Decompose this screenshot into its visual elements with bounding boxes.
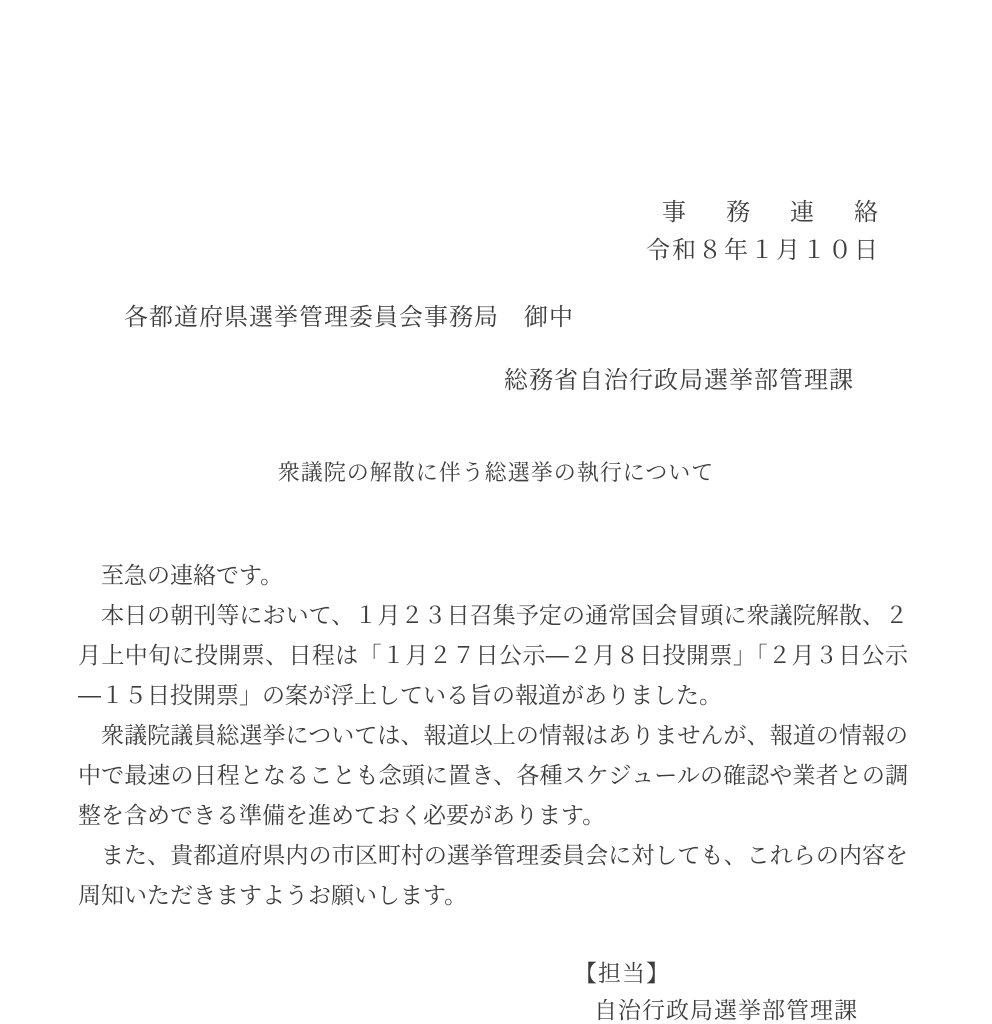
- contact-department: 自治行政局選挙部管理課: [594, 992, 858, 1024]
- document-body: 至急の連絡です。 本日の朝刊等において、１月２３日召集予定の通常国会冒頭に衆議院…: [78, 556, 908, 916]
- sender-line: 総務省自治行政局選挙部管理課: [504, 360, 854, 395]
- recipient-line: 各都道府県選挙管理委員会事務局 御中: [124, 297, 574, 332]
- contact-label: 【担当】: [574, 955, 670, 988]
- doc-date: 令和８年１月１０日: [646, 230, 880, 265]
- body-paragraph: 至急の連絡です。: [78, 556, 908, 596]
- document-page: 事 務 連 絡 令和８年１月１０日 各都道府県選挙管理委員会事務局 御中 総務省…: [0, 0, 992, 1024]
- body-paragraph: また、貴都道府県内の市区町村の選挙管理委員会に対しても、これらの内容を周知いただ…: [78, 836, 908, 916]
- document-title: 衆議院の解散に伴う総選挙の執行について: [0, 456, 992, 487]
- doc-type-label: 事 務 連 絡: [662, 192, 886, 227]
- body-paragraph: 衆議院議員総選挙については、報道以上の情報はありませんが、報道の情報の中で最速の…: [78, 716, 908, 836]
- body-paragraph: 本日の朝刊等において、１月２３日召集予定の通常国会冒頭に衆議院解散、２月上中旬に…: [78, 596, 908, 716]
